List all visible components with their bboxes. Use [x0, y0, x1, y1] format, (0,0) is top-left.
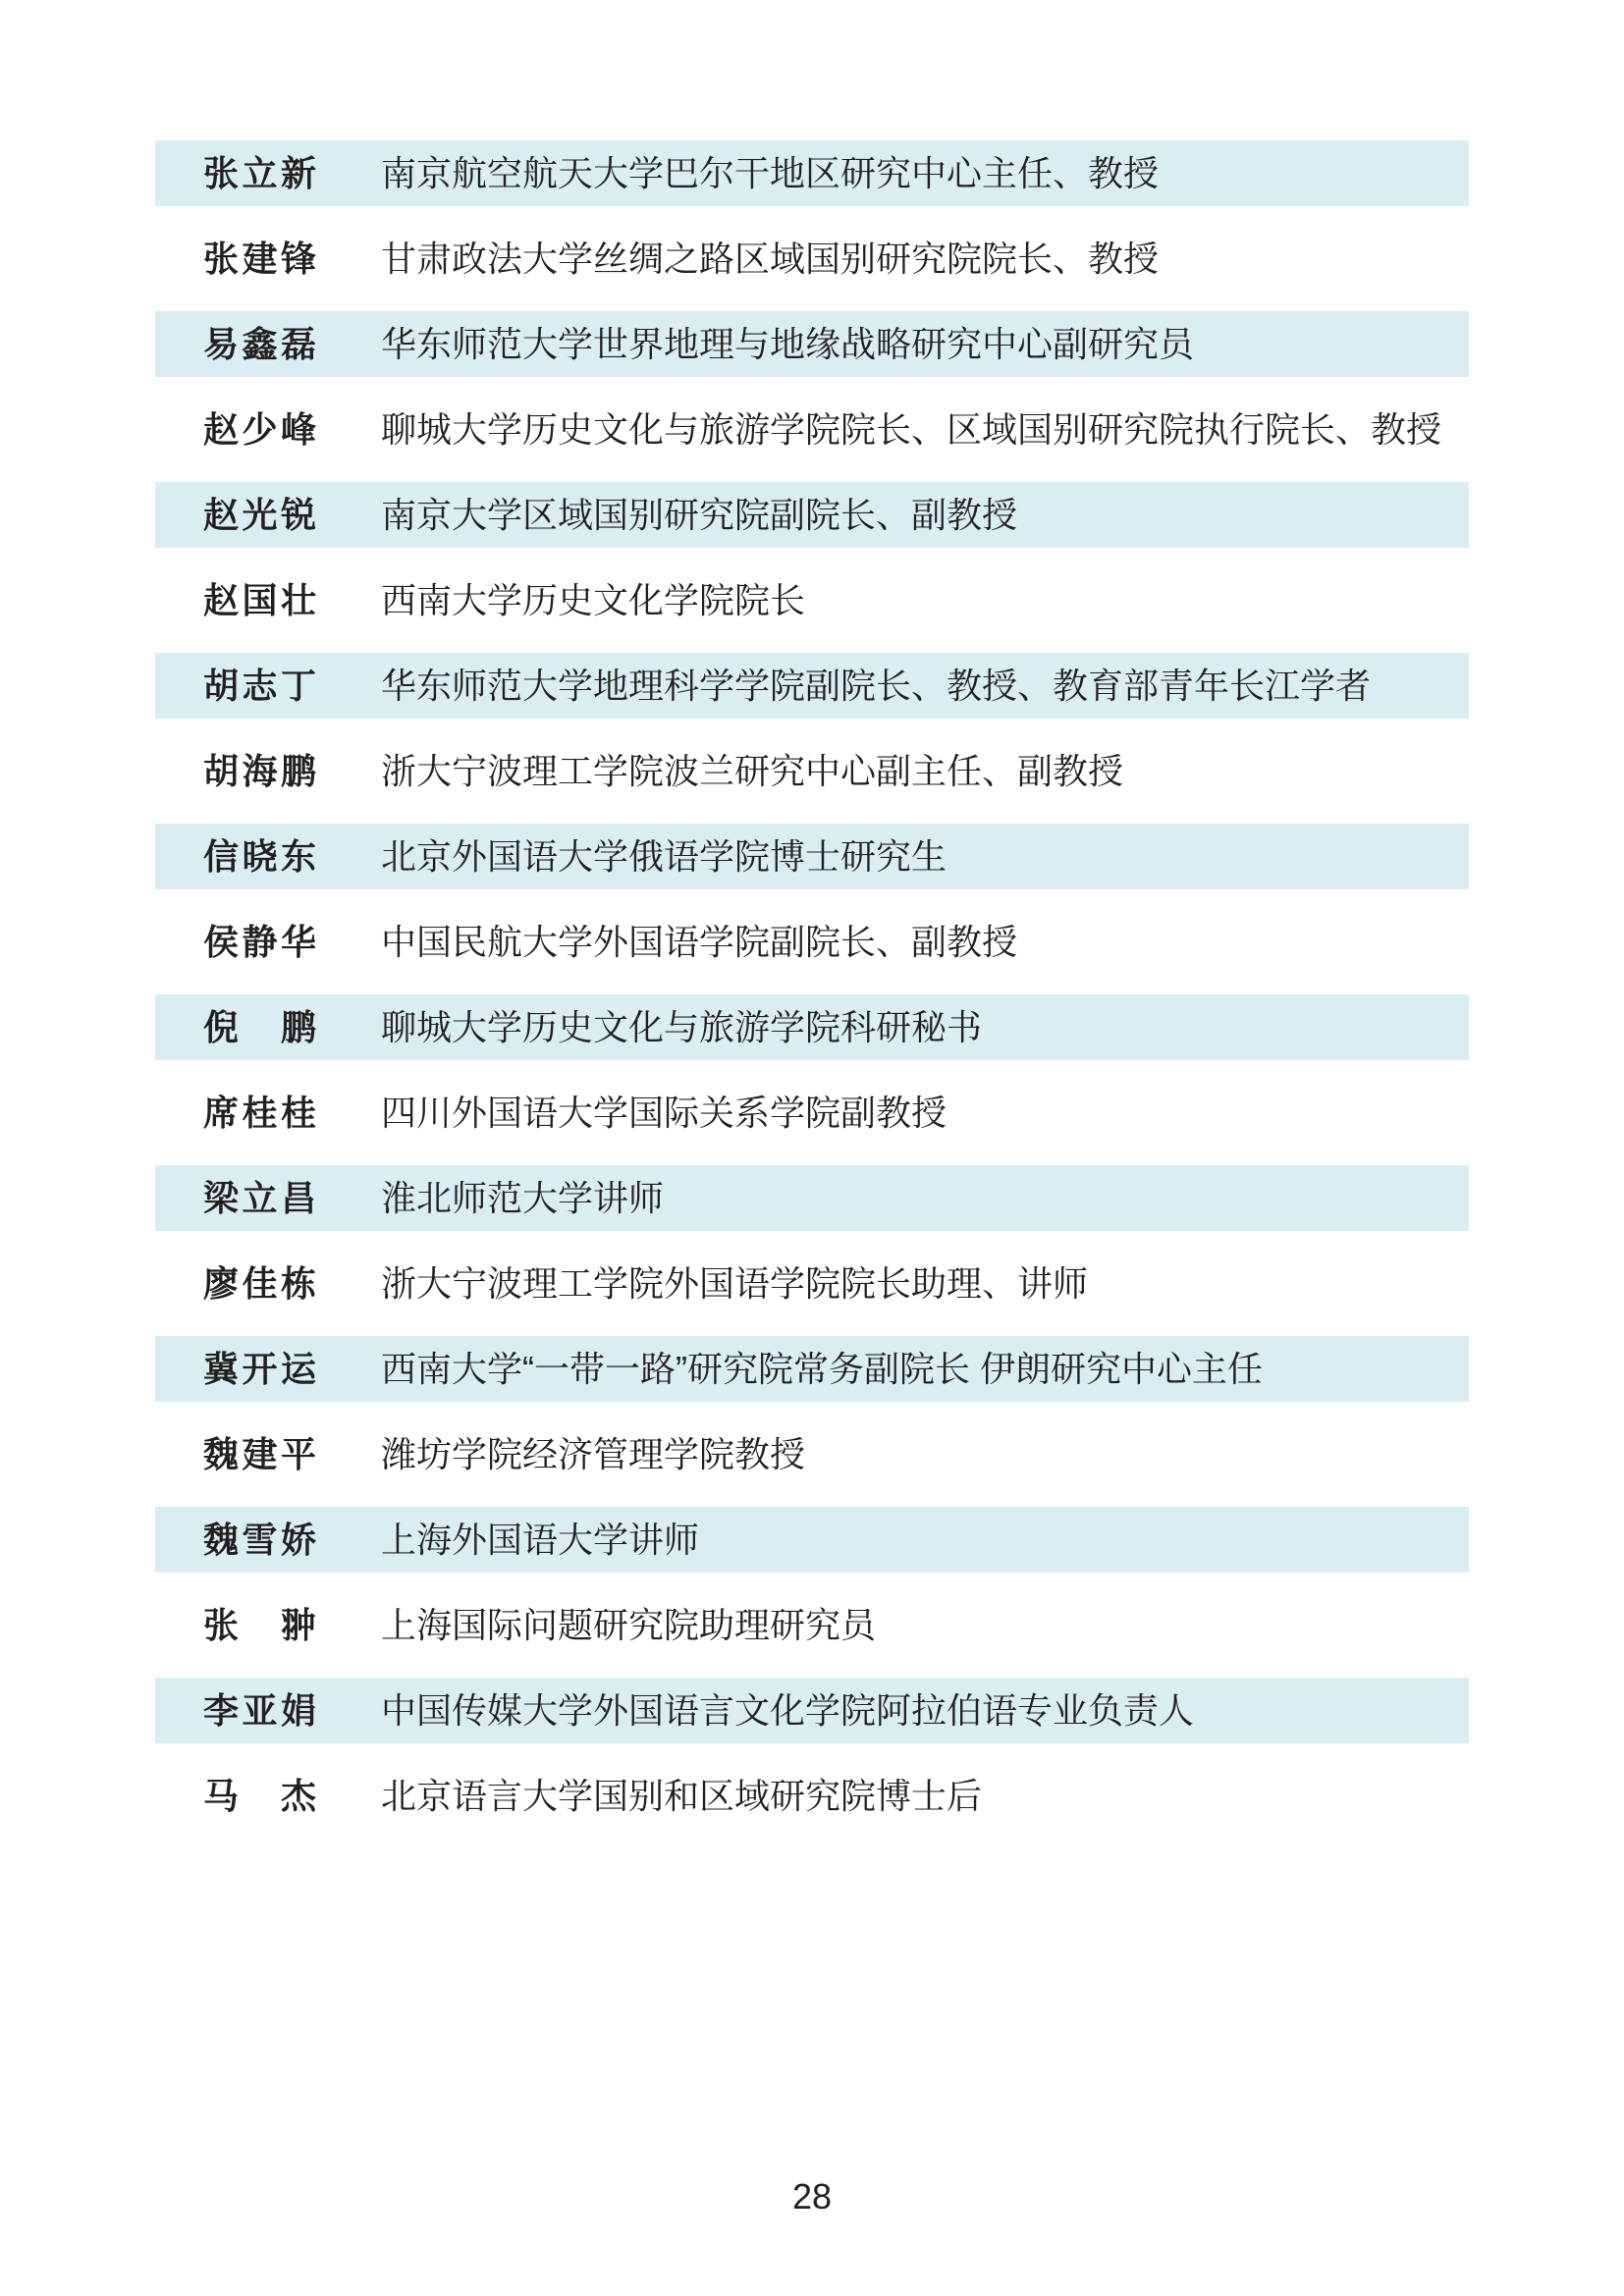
participant-row: 马 杰 北京语言大学国别和区域研究院博士后 — [155, 1763, 1469, 1829]
participant-name: 席桂桂 — [203, 1095, 316, 1131]
participant-affiliation: 潍坊学院经济管理学院教授 — [381, 1437, 805, 1472]
participant-name: 侯静华 — [203, 925, 316, 960]
participant-affiliation: 中国传媒大学外国语言文化学院阿拉伯语专业负责人 — [381, 1693, 1194, 1729]
participant-name: 赵少峰 — [203, 412, 316, 448]
participant-name: 廖佳栋 — [203, 1266, 316, 1302]
participant-name: 胡志丁 — [203, 668, 316, 704]
participant-row: 梁立昌 淮北师范大学讲师 — [155, 1165, 1469, 1231]
participant-name: 马 杰 — [203, 1779, 316, 1814]
participant-affiliation: 上海国际问题研究院助理研究员 — [381, 1608, 876, 1643]
participant-row: 胡志丁 华东师范大学地理科学学院副院长、教授、教育部青年长江学者 — [155, 653, 1469, 719]
participant-affiliation: 南京航空航天大学巴尔干地区研究中心主任、教授 — [381, 156, 1159, 191]
participant-row: 席桂桂 四川外国语大学国际关系学院副教授 — [155, 1080, 1469, 1146]
participant-affiliation: 南京大学区域国别研究院副院长、副教授 — [381, 498, 1017, 533]
participant-affiliation: 北京外国语大学俄语学院博士研究生 — [381, 839, 947, 875]
participant-row: 赵少峰 聊城大学历史文化与旅游学院院长、区域国别研究院执行院长、教授 — [155, 397, 1469, 462]
participant-name: 冀开运 — [203, 1352, 316, 1387]
participant-row: 魏建平 潍坊学院经济管理学院教授 — [155, 1421, 1469, 1487]
participant-affiliation: 北京语言大学国别和区域研究院博士后 — [381, 1779, 982, 1814]
participant-name: 胡海鹏 — [203, 754, 316, 789]
participant-name: 倪 鹏 — [203, 1010, 316, 1045]
participant-list: 张立新 南京航空航天大学巴尔干地区研究中心主任、教授 张建锋 甘肃政法大学丝绸之… — [155, 140, 1469, 1848]
participant-affiliation: 四川外国语大学国际关系学院副教授 — [381, 1095, 947, 1131]
participant-affiliation: 浙大宁波理工学院外国语学院院长助理、讲师 — [381, 1266, 1088, 1302]
participant-row: 张建锋 甘肃政法大学丝绸之路区域国别研究院院长、教授 — [155, 226, 1469, 292]
participant-name: 张建锋 — [203, 241, 316, 277]
participant-row: 李亚娟 中国传媒大学外国语言文化学院阿拉伯语专业负责人 — [155, 1678, 1469, 1743]
participant-row: 易鑫磊 华东师范大学世界地理与地缘战略研究中心副研究员 — [155, 311, 1469, 377]
participant-affiliation: 浙大宁波理工学院波兰研究中心副主任、副教授 — [381, 754, 1123, 789]
participant-row: 张立新 南京航空航天大学巴尔干地区研究中心主任、教授 — [155, 140, 1469, 206]
participant-name: 张 翀 — [203, 1608, 316, 1643]
participant-name: 易鑫磊 — [203, 327, 316, 362]
participant-row: 赵国壮 西南大学历史文化学院院长 — [155, 567, 1469, 633]
participant-affiliation: 西南大学历史文化学院院长 — [381, 583, 805, 618]
participant-affiliation: 聊城大学历史文化与旅游学院院长、区域国别研究院执行院长、教授 — [381, 412, 1441, 448]
participant-name: 李亚娟 — [203, 1693, 316, 1729]
participant-name: 赵光锐 — [203, 498, 316, 533]
participant-affiliation: 聊城大学历史文化与旅游学院科研秘书 — [381, 1010, 982, 1045]
participant-affiliation: 中国民航大学外国语学院副院长、副教授 — [381, 925, 1017, 960]
participant-affiliation: 华东师范大学地理科学学院副院长、教授、教育部青年长江学者 — [381, 668, 1371, 704]
participant-row: 胡海鹏 浙大宁波理工学院波兰研究中心副主任、副教授 — [155, 738, 1469, 804]
participant-row: 张 翀 上海国际问题研究院助理研究员 — [155, 1592, 1469, 1658]
document-page: 张立新 南京航空航天大学巴尔干地区研究中心主任、教授 张建锋 甘肃政法大学丝绸之… — [0, 0, 1624, 2296]
participant-row: 廖佳栋 浙大宁波理工学院外国语学院院长助理、讲师 — [155, 1251, 1469, 1316]
page-number: 28 — [0, 2179, 1624, 2215]
participant-affiliation: 甘肃政法大学丝绸之路区域国别研究院院长、教授 — [381, 241, 1159, 277]
participant-row: 信晓东 北京外国语大学俄语学院博士研究生 — [155, 824, 1469, 889]
participant-name: 信晓东 — [203, 839, 316, 875]
participant-name: 魏建平 — [203, 1437, 316, 1472]
participant-affiliation: 华东师范大学世界地理与地缘战略研究中心副研究员 — [381, 327, 1194, 362]
participant-row: 冀开运 西南大学“一带一路”研究院常务副院长 伊朗研究中心主任 — [155, 1336, 1469, 1402]
participant-row: 侯静华 中国民航大学外国语学院副院长、副教授 — [155, 909, 1469, 975]
participant-row: 魏雪娇 上海外国语大学讲师 — [155, 1507, 1469, 1573]
participant-name: 赵国壮 — [203, 583, 316, 618]
participant-name: 梁立昌 — [203, 1181, 316, 1216]
participant-row: 赵光锐 南京大学区域国别研究院副院长、副教授 — [155, 482, 1469, 548]
participant-name: 张立新 — [203, 156, 316, 191]
participant-name: 魏雪娇 — [203, 1522, 316, 1558]
participant-affiliation: 上海外国语大学讲师 — [381, 1522, 699, 1558]
participant-affiliation: 淮北师范大学讲师 — [381, 1181, 664, 1216]
participant-affiliation: 西南大学“一带一路”研究院常务副院长 伊朗研究中心主任 — [381, 1352, 1263, 1387]
participant-row: 倪 鹏 聊城大学历史文化与旅游学院科研秘书 — [155, 994, 1469, 1060]
